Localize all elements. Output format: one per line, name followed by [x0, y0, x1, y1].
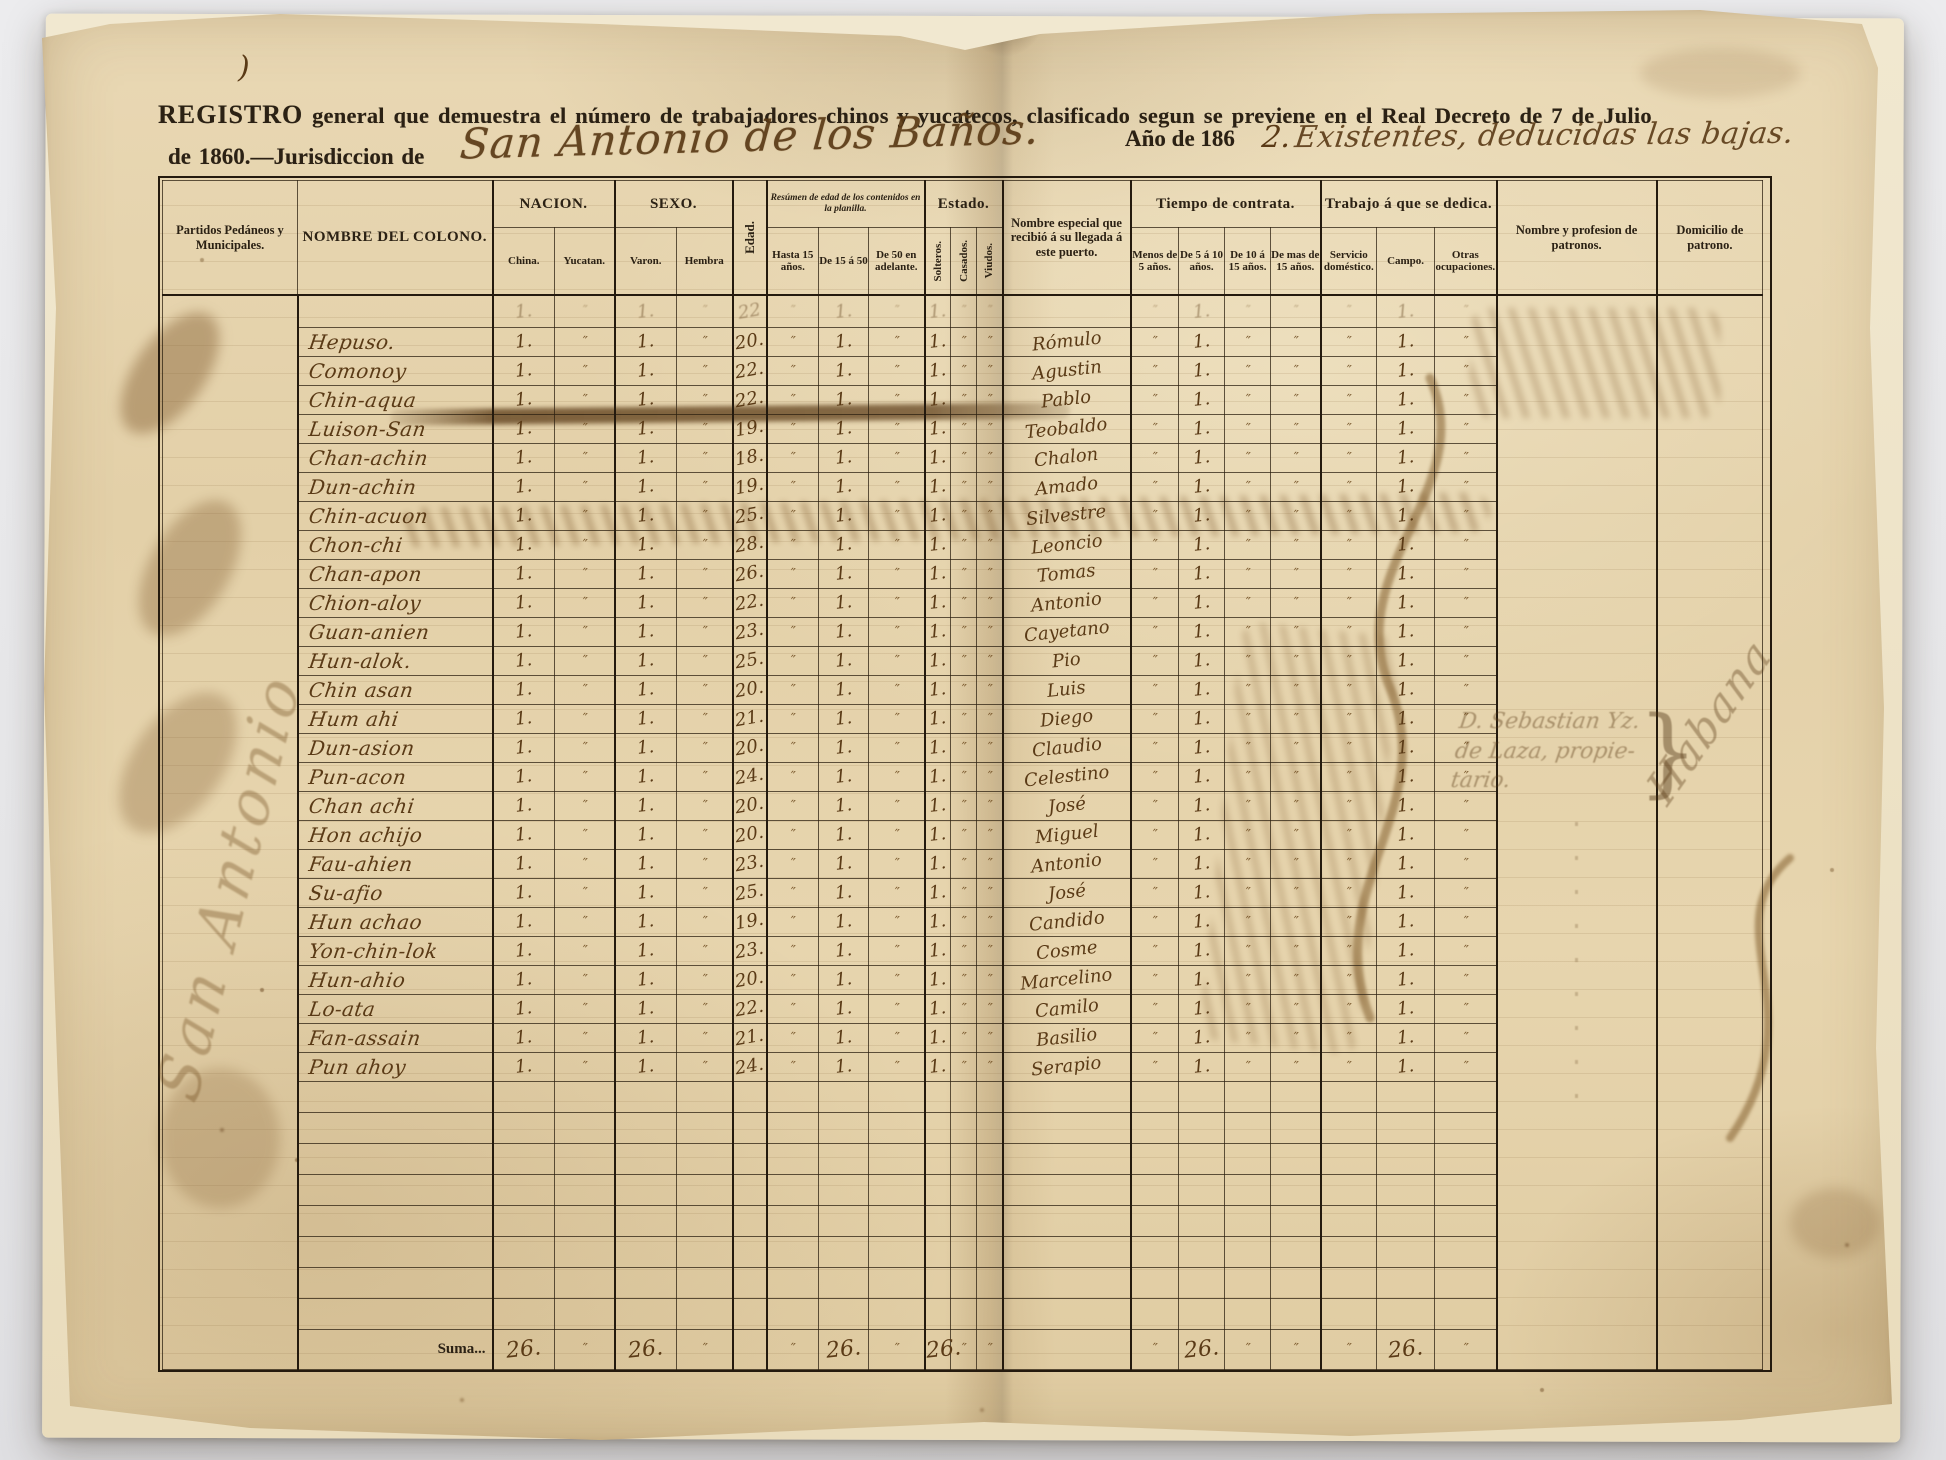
- cell-de5a10: [1179, 1205, 1225, 1236]
- cell-de50: ″: [869, 385, 925, 414]
- colono-name-cell: Chion-aloy: [298, 588, 493, 617]
- suma-cell-china: 26.: [493, 1329, 555, 1369]
- cell-value: ″: [789, 594, 796, 611]
- cell-value: ″: [701, 623, 708, 640]
- cell-de10a15: ″: [1225, 588, 1271, 617]
- suma-cell-campo: 26.: [1377, 1329, 1435, 1369]
- cell-campo: 1.: [1377, 327, 1435, 356]
- cell-hasta15: [767, 1143, 819, 1174]
- cell-value: ″: [1151, 913, 1158, 930]
- cell-value: ″: [1345, 710, 1352, 727]
- registry-table: Partidos Pedáneos y Municipales. NOMBRE …: [162, 180, 1763, 1370]
- col-header-demas15: De mas de 15 años.: [1271, 228, 1321, 296]
- cell-value: 1.: [636, 736, 655, 759]
- cell-de5a10: 1.: [1179, 530, 1225, 559]
- cell-solteros: 1.: [925, 356, 951, 385]
- cell-value: 1.: [514, 504, 533, 527]
- cell-value: ″: [701, 333, 708, 350]
- cell-value: ″: [1151, 652, 1158, 669]
- cell-menos5: ″: [1131, 878, 1179, 907]
- cell-value: 1.: [514, 794, 533, 817]
- cell-value: José: [1047, 793, 1087, 818]
- cell-value: 1.: [1192, 794, 1211, 817]
- cell-nombre_especial: Basilio: [1003, 1023, 1131, 1052]
- cell-hembra: ″: [677, 1023, 733, 1052]
- colono-name: Chin-acuon: [307, 504, 430, 528]
- cell-value: ″: [986, 303, 993, 320]
- suma-value: 26.: [825, 1335, 862, 1364]
- cell-de5a10: 1.: [1179, 1023, 1225, 1052]
- cell-value: ″: [986, 942, 993, 959]
- cell-value: ″: [789, 884, 796, 901]
- cell-value: ″: [1462, 884, 1469, 901]
- cell-demas15: [1271, 1267, 1321, 1298]
- cell-menos5: ″: [1131, 936, 1179, 965]
- cell-value: 1.: [834, 910, 853, 933]
- cell-edad: 22.: [733, 588, 767, 617]
- col-header-resumen: Resúmen de edad de los contenidos en la …: [767, 181, 925, 228]
- cell-value: ″: [1292, 1029, 1299, 1046]
- cell-value: ″: [1462, 623, 1469, 640]
- cell-demas15: [1271, 1112, 1321, 1143]
- cell-yucatan: ″: [555, 878, 615, 907]
- cell-de5a10: 1.: [1179, 1052, 1225, 1081]
- cell-value: ″: [1345, 1000, 1352, 1017]
- cell-nombre_especial: [1003, 1267, 1131, 1298]
- cell-value: 24.: [734, 1054, 766, 1080]
- col-header-otras: Otras ocupaciones.: [1435, 228, 1497, 296]
- cell-value: 1.: [928, 330, 947, 353]
- cell-casados: ″: [951, 907, 977, 936]
- cell-value: ″: [960, 420, 967, 437]
- cell-value: ″: [1462, 420, 1469, 437]
- cell-hembra: [677, 1205, 733, 1236]
- cell-china: 1.: [493, 385, 555, 414]
- cell-de10a15: [1225, 1143, 1271, 1174]
- cell-hasta15: ″: [767, 472, 819, 501]
- cell-value: ″: [789, 536, 796, 553]
- cell-value: ″: [581, 536, 588, 553]
- col-header-partidos: Partidos Pedáneos y Municipales.: [163, 181, 298, 296]
- cell-hasta15: [767, 1081, 819, 1112]
- cell-yucatan: ″: [555, 472, 615, 501]
- cell-value: 1.: [928, 968, 947, 991]
- cell-value: 1.: [514, 968, 533, 991]
- cell-value: ″: [1345, 884, 1352, 901]
- cell-varon: [615, 1112, 677, 1143]
- cell-value: ″: [581, 333, 588, 350]
- col-header-nacion: NACION.: [493, 181, 615, 228]
- cell-value: ″: [1292, 1058, 1299, 1075]
- cell-yucatan: ″: [555, 994, 615, 1023]
- cell-edad: 19.: [733, 907, 767, 936]
- cell-value: ″: [789, 420, 796, 437]
- col-header-nombre-especial: Nombre especial que recibió á su llegada…: [1003, 181, 1131, 296]
- cell-servicio: ″: [1321, 965, 1377, 994]
- cell-value: ″: [789, 362, 796, 379]
- cell-de10a15: [1225, 1081, 1271, 1112]
- suma-cell-demas15: ″: [1271, 1329, 1321, 1369]
- cell-value: 24.: [734, 764, 766, 790]
- cell-menos5: ″: [1131, 965, 1179, 994]
- cell-value: Chalon: [1033, 444, 1099, 472]
- cell-hasta15: ″: [767, 1023, 819, 1052]
- cell-demas15: [1271, 1236, 1321, 1267]
- cell-value: 1.: [1396, 359, 1415, 382]
- suma-cell-solteros: 26.: [925, 1329, 951, 1369]
- cell-campo: [1377, 1205, 1435, 1236]
- cell-edad: 28.: [733, 530, 767, 559]
- cell-value: ″: [1462, 478, 1469, 495]
- cell-otras: ″: [1435, 646, 1497, 675]
- cell-value: 1.: [1192, 823, 1211, 846]
- cell-solteros: 1.: [925, 1023, 951, 1052]
- cell-value: ″: [1462, 303, 1469, 320]
- patron-line3: tario.: [1448, 767, 1633, 797]
- cell-value: ″: [986, 333, 993, 350]
- cell-hembra: ″: [677, 327, 733, 356]
- cell-value: ″: [1292, 536, 1299, 553]
- cell-hasta15: ″: [767, 385, 819, 414]
- cell-nombre_especial: José: [1003, 878, 1131, 907]
- cell-value: ″: [789, 1058, 796, 1075]
- cell-china: 1.: [493, 762, 555, 791]
- cell-hasta15: [767, 1267, 819, 1298]
- cell-value: 1.: [834, 620, 853, 643]
- cell-servicio: ″: [1321, 385, 1377, 414]
- cell-servicio: [1321, 1112, 1377, 1143]
- cell-yucatan: ″: [555, 295, 615, 327]
- cell-de15a50: 1.: [819, 295, 869, 327]
- cell-de15a50: 1.: [819, 675, 869, 704]
- title-registro: REGISTRO: [158, 100, 303, 129]
- cell-value: ″: [1345, 681, 1352, 698]
- cell-otras: ″: [1435, 559, 1497, 588]
- cell-de15a50: 1.: [819, 617, 869, 646]
- cell-value: 1.: [1396, 1026, 1415, 1049]
- suma-cell-de50: ″: [869, 1329, 925, 1369]
- cell-demas15: ″: [1271, 994, 1321, 1023]
- cell-demas15: ″: [1271, 588, 1321, 617]
- cell-de10a15: ″: [1225, 994, 1271, 1023]
- cell-value: ″: [581, 623, 588, 640]
- cell-value: ″: [986, 594, 993, 611]
- cell-varon: [615, 1205, 677, 1236]
- cell-value: 1.: [1192, 359, 1211, 382]
- cell-value: 1.: [928, 533, 947, 556]
- cell-value: ″: [701, 652, 708, 669]
- cell-value: 1.: [514, 823, 533, 846]
- cell-china: 1.: [493, 1023, 555, 1052]
- cell-value: 1.: [928, 1026, 947, 1049]
- col-header-hembra: Hembra: [677, 228, 733, 296]
- cell-de50: [869, 1112, 925, 1143]
- cell-value: ″: [960, 884, 967, 901]
- cell-hasta15: ″: [767, 646, 819, 675]
- cell-menos5: ″: [1131, 530, 1179, 559]
- cell-value: 1.: [1192, 649, 1211, 672]
- cell-edad: [733, 1298, 767, 1329]
- colono-name-cell: Chan-achin: [298, 443, 493, 472]
- cell-de10a15: ″: [1225, 356, 1271, 385]
- cell-varon: 1.: [615, 907, 677, 936]
- cell-casados: ″: [951, 530, 977, 559]
- cell-viudos: [977, 1143, 1003, 1174]
- cell-china: 1.: [493, 675, 555, 704]
- cell-value: ″: [701, 710, 708, 727]
- cell-hasta15: [767, 1298, 819, 1329]
- suma-value: ″: [893, 1341, 900, 1358]
- cell-value: ″: [1151, 768, 1158, 785]
- cell-value: ″: [1292, 855, 1299, 872]
- cell-value: ″: [1292, 884, 1299, 901]
- cell-value: ″: [986, 971, 993, 988]
- suma-cell-de15a50: 26.: [819, 1329, 869, 1369]
- cell-menos5: ″: [1131, 704, 1179, 733]
- cell-solteros: 1.: [925, 530, 951, 559]
- cell-value: ″: [789, 797, 796, 814]
- cell-value: 1.: [514, 330, 533, 353]
- colono-name: Luison-San: [307, 417, 427, 441]
- cell-value: 1.: [834, 852, 853, 875]
- cell-edad: 21.: [733, 704, 767, 733]
- cell-servicio: ″: [1321, 675, 1377, 704]
- cell-menos5: [1131, 1081, 1179, 1112]
- cell-value: 19.: [734, 909, 766, 935]
- cell-value: 1.: [514, 446, 533, 469]
- cell-de50: ″: [869, 1052, 925, 1081]
- cell-hasta15: ″: [767, 675, 819, 704]
- cell-value: ″: [1292, 971, 1299, 988]
- cell-value: 1.: [514, 300, 533, 323]
- cell-de50: ″: [869, 907, 925, 936]
- cell-de50: ″: [869, 414, 925, 443]
- cell-nombre_especial: Pio: [1003, 646, 1131, 675]
- cell-yucatan: ″: [555, 762, 615, 791]
- cell-value: ″: [1345, 391, 1352, 408]
- cell-value: 1.: [834, 300, 853, 323]
- cell-value: 1.: [514, 736, 533, 759]
- cell-de15a50: [819, 1298, 869, 1329]
- cell-value: ″: [581, 1000, 588, 1017]
- cell-de10a15: [1225, 1205, 1271, 1236]
- cell-value: 1.: [928, 504, 947, 527]
- cell-de10a15: [1225, 1112, 1271, 1143]
- cell-value: ″: [1151, 942, 1158, 959]
- cell-nombre_especial: [1003, 1143, 1131, 1174]
- cell-servicio: ″: [1321, 791, 1377, 820]
- cell-casados: ″: [951, 733, 977, 762]
- suma-value: 26.: [1387, 1335, 1424, 1364]
- cell-value: 1.: [514, 910, 533, 933]
- cell-value: 1.: [928, 765, 947, 788]
- cell-value: ″: [701, 594, 708, 611]
- domicilio-handwriting: Habana: [1658, 696, 1763, 747]
- cell-menos5: [1131, 1143, 1179, 1174]
- cell-china: 1.: [493, 994, 555, 1023]
- cell-otras: [1435, 1298, 1497, 1329]
- colono-name-cell: Chin-aqua: [298, 385, 493, 414]
- cell-yucatan: ″: [555, 936, 615, 965]
- cell-de50: [869, 1205, 925, 1236]
- cell-casados: ″: [951, 762, 977, 791]
- cell-value: ″: [986, 681, 993, 698]
- cell-menos5: ″: [1131, 559, 1179, 588]
- cell-value: 1.: [514, 359, 533, 382]
- cell-hasta15: ″: [767, 1052, 819, 1081]
- cell-demas15: ″: [1271, 414, 1321, 443]
- cell-value: ″: [1345, 449, 1352, 466]
- cell-value: ″: [1151, 333, 1158, 350]
- cell-solteros: 1.: [925, 762, 951, 791]
- suma-cell-menos5: ″: [1131, 1329, 1179, 1369]
- cell-value: 1.: [928, 910, 947, 933]
- cell-value: ″: [960, 681, 967, 698]
- cell-edad: 20.: [733, 965, 767, 994]
- cell-value: ″: [1151, 884, 1158, 901]
- cell-nombre_especial: [1003, 1112, 1131, 1143]
- cell-de50: ″: [869, 965, 925, 994]
- cell-menos5: ″: [1131, 1023, 1179, 1052]
- cell-viudos: ″: [977, 559, 1003, 588]
- cell-campo: 1.: [1377, 385, 1435, 414]
- cell-de5a10: 1.: [1179, 356, 1225, 385]
- cell-value: 1.: [514, 765, 533, 788]
- cell-solteros: 1.: [925, 414, 951, 443]
- cell-value: Cayetano: [1023, 617, 1110, 647]
- cell-menos5: [1131, 1174, 1179, 1205]
- partido-handwriting: San Antonio: [163, 446, 297, 1326]
- cell-yucatan: [555, 1236, 615, 1267]
- cell-viudos: ″: [977, 936, 1003, 965]
- cell-value: Teobaldo: [1024, 414, 1108, 444]
- cell-value: ″: [986, 855, 993, 872]
- cell-china: 1.: [493, 356, 555, 385]
- cell-viudos: ″: [977, 704, 1003, 733]
- cell-value: 1.: [928, 620, 947, 643]
- cell-solteros: 1.: [925, 994, 951, 1023]
- cell-value: ″: [1244, 942, 1251, 959]
- suma-cell-edad: [733, 1329, 767, 1369]
- colono-name: Chin asan: [307, 678, 415, 702]
- colono-name: Hum ahi: [307, 707, 400, 731]
- cell-nombre_especial: [1003, 1081, 1131, 1112]
- cell-otras: [1435, 1236, 1497, 1267]
- cell-campo: 1.: [1377, 295, 1435, 327]
- cell-yucatan: ″: [555, 501, 615, 530]
- cell-value: 23.: [734, 619, 766, 645]
- cell-de50: [869, 1267, 925, 1298]
- colono-name: Chion-aloy: [307, 591, 422, 615]
- colono-name-cell: [298, 1174, 493, 1205]
- cell-value: 1.: [834, 1055, 853, 1078]
- cell-varon: 1.: [615, 1052, 677, 1081]
- cell-value: 1.: [514, 417, 533, 440]
- cell-hembra: ″: [677, 588, 733, 617]
- cell-value: ″: [1151, 797, 1158, 814]
- cell-value: ″: [789, 565, 796, 582]
- cell-value: ″: [1345, 855, 1352, 872]
- cell-value: 1.: [834, 1026, 853, 1049]
- cell-de50: ″: [869, 733, 925, 762]
- cell-value: 1.: [636, 852, 655, 875]
- cell-nombre_especial: Antonio: [1003, 849, 1131, 878]
- cell-servicio: [1321, 1174, 1377, 1205]
- cell-value: ″: [893, 420, 900, 437]
- cell-de10a15: ″: [1225, 472, 1271, 501]
- col-header-china: China.: [493, 228, 555, 296]
- cell-value: 1.: [1192, 736, 1211, 759]
- cell-hasta15: ″: [767, 356, 819, 385]
- cell-servicio: [1321, 1081, 1377, 1112]
- cell-demas15: [1271, 1081, 1321, 1112]
- cell-value: 1.: [834, 475, 853, 498]
- cell-value: 1.: [514, 1026, 533, 1049]
- cell-de5a10: 1.: [1179, 849, 1225, 878]
- cell-de15a50: 1.: [819, 501, 869, 530]
- cell-nombre_especial: Cosme: [1003, 936, 1131, 965]
- cell-de15a50: 1.: [819, 385, 869, 414]
- cell-de15a50: 1.: [819, 791, 869, 820]
- cell-varon: 1.: [615, 414, 677, 443]
- col-header-tiempo: Tiempo de contrata.: [1131, 181, 1321, 228]
- cell-varon: 1.: [615, 530, 677, 559]
- cell-value: Claudio: [1031, 733, 1103, 761]
- cell-solteros: 1.: [925, 472, 951, 501]
- suma-cell-nombre_especial: [1003, 1329, 1131, 1369]
- cell-menos5: ″: [1131, 295, 1179, 327]
- cell-value: 1.: [636, 649, 655, 672]
- cell-de50: ″: [869, 443, 925, 472]
- cell-value: 22.: [734, 590, 766, 616]
- cell-de5a10: 1.: [1179, 936, 1225, 965]
- cell-value: ″: [701, 1029, 708, 1046]
- cell-de5a10: 1.: [1179, 820, 1225, 849]
- cell-nombre_especial: Agustin: [1003, 356, 1131, 385]
- cell-value: 1.: [1396, 1055, 1415, 1078]
- cell-casados: ″: [951, 414, 977, 443]
- cell-casados: [951, 1267, 977, 1298]
- cell-solteros: 1.: [925, 878, 951, 907]
- cell-de10a15: ″: [1225, 704, 1271, 733]
- cell-value: ″: [960, 855, 967, 872]
- cell-edad: 23.: [733, 936, 767, 965]
- cell-value: ″: [789, 1000, 796, 1017]
- cell-campo: 1.: [1377, 414, 1435, 443]
- cell-hembra: [677, 1236, 733, 1267]
- suma-value: ″: [986, 1341, 993, 1358]
- cell-value: 18.: [734, 445, 766, 471]
- cell-value: ″: [701, 478, 708, 495]
- cell-value: ″: [893, 391, 900, 408]
- cell-edad: 22.: [733, 994, 767, 1023]
- cell-solteros: 1.: [925, 501, 951, 530]
- cell-china: 1.: [493, 472, 555, 501]
- cell-de50: ″: [869, 1023, 925, 1052]
- cell-value: ″: [960, 594, 967, 611]
- fox-spots: [40, 8, 44, 12]
- cell-menos5: ″: [1131, 385, 1179, 414]
- cell-value: 1.: [1396, 562, 1415, 585]
- cell-casados: [951, 1174, 977, 1205]
- cell-de15a50: 1.: [819, 965, 869, 994]
- cell-value: ″: [789, 826, 796, 843]
- cell-value: ″: [1244, 594, 1251, 611]
- cell-value: ″: [1345, 623, 1352, 640]
- cell-value: José: [1047, 880, 1087, 905]
- cell-varon: 1.: [615, 356, 677, 385]
- cell-value: 1.: [636, 359, 655, 382]
